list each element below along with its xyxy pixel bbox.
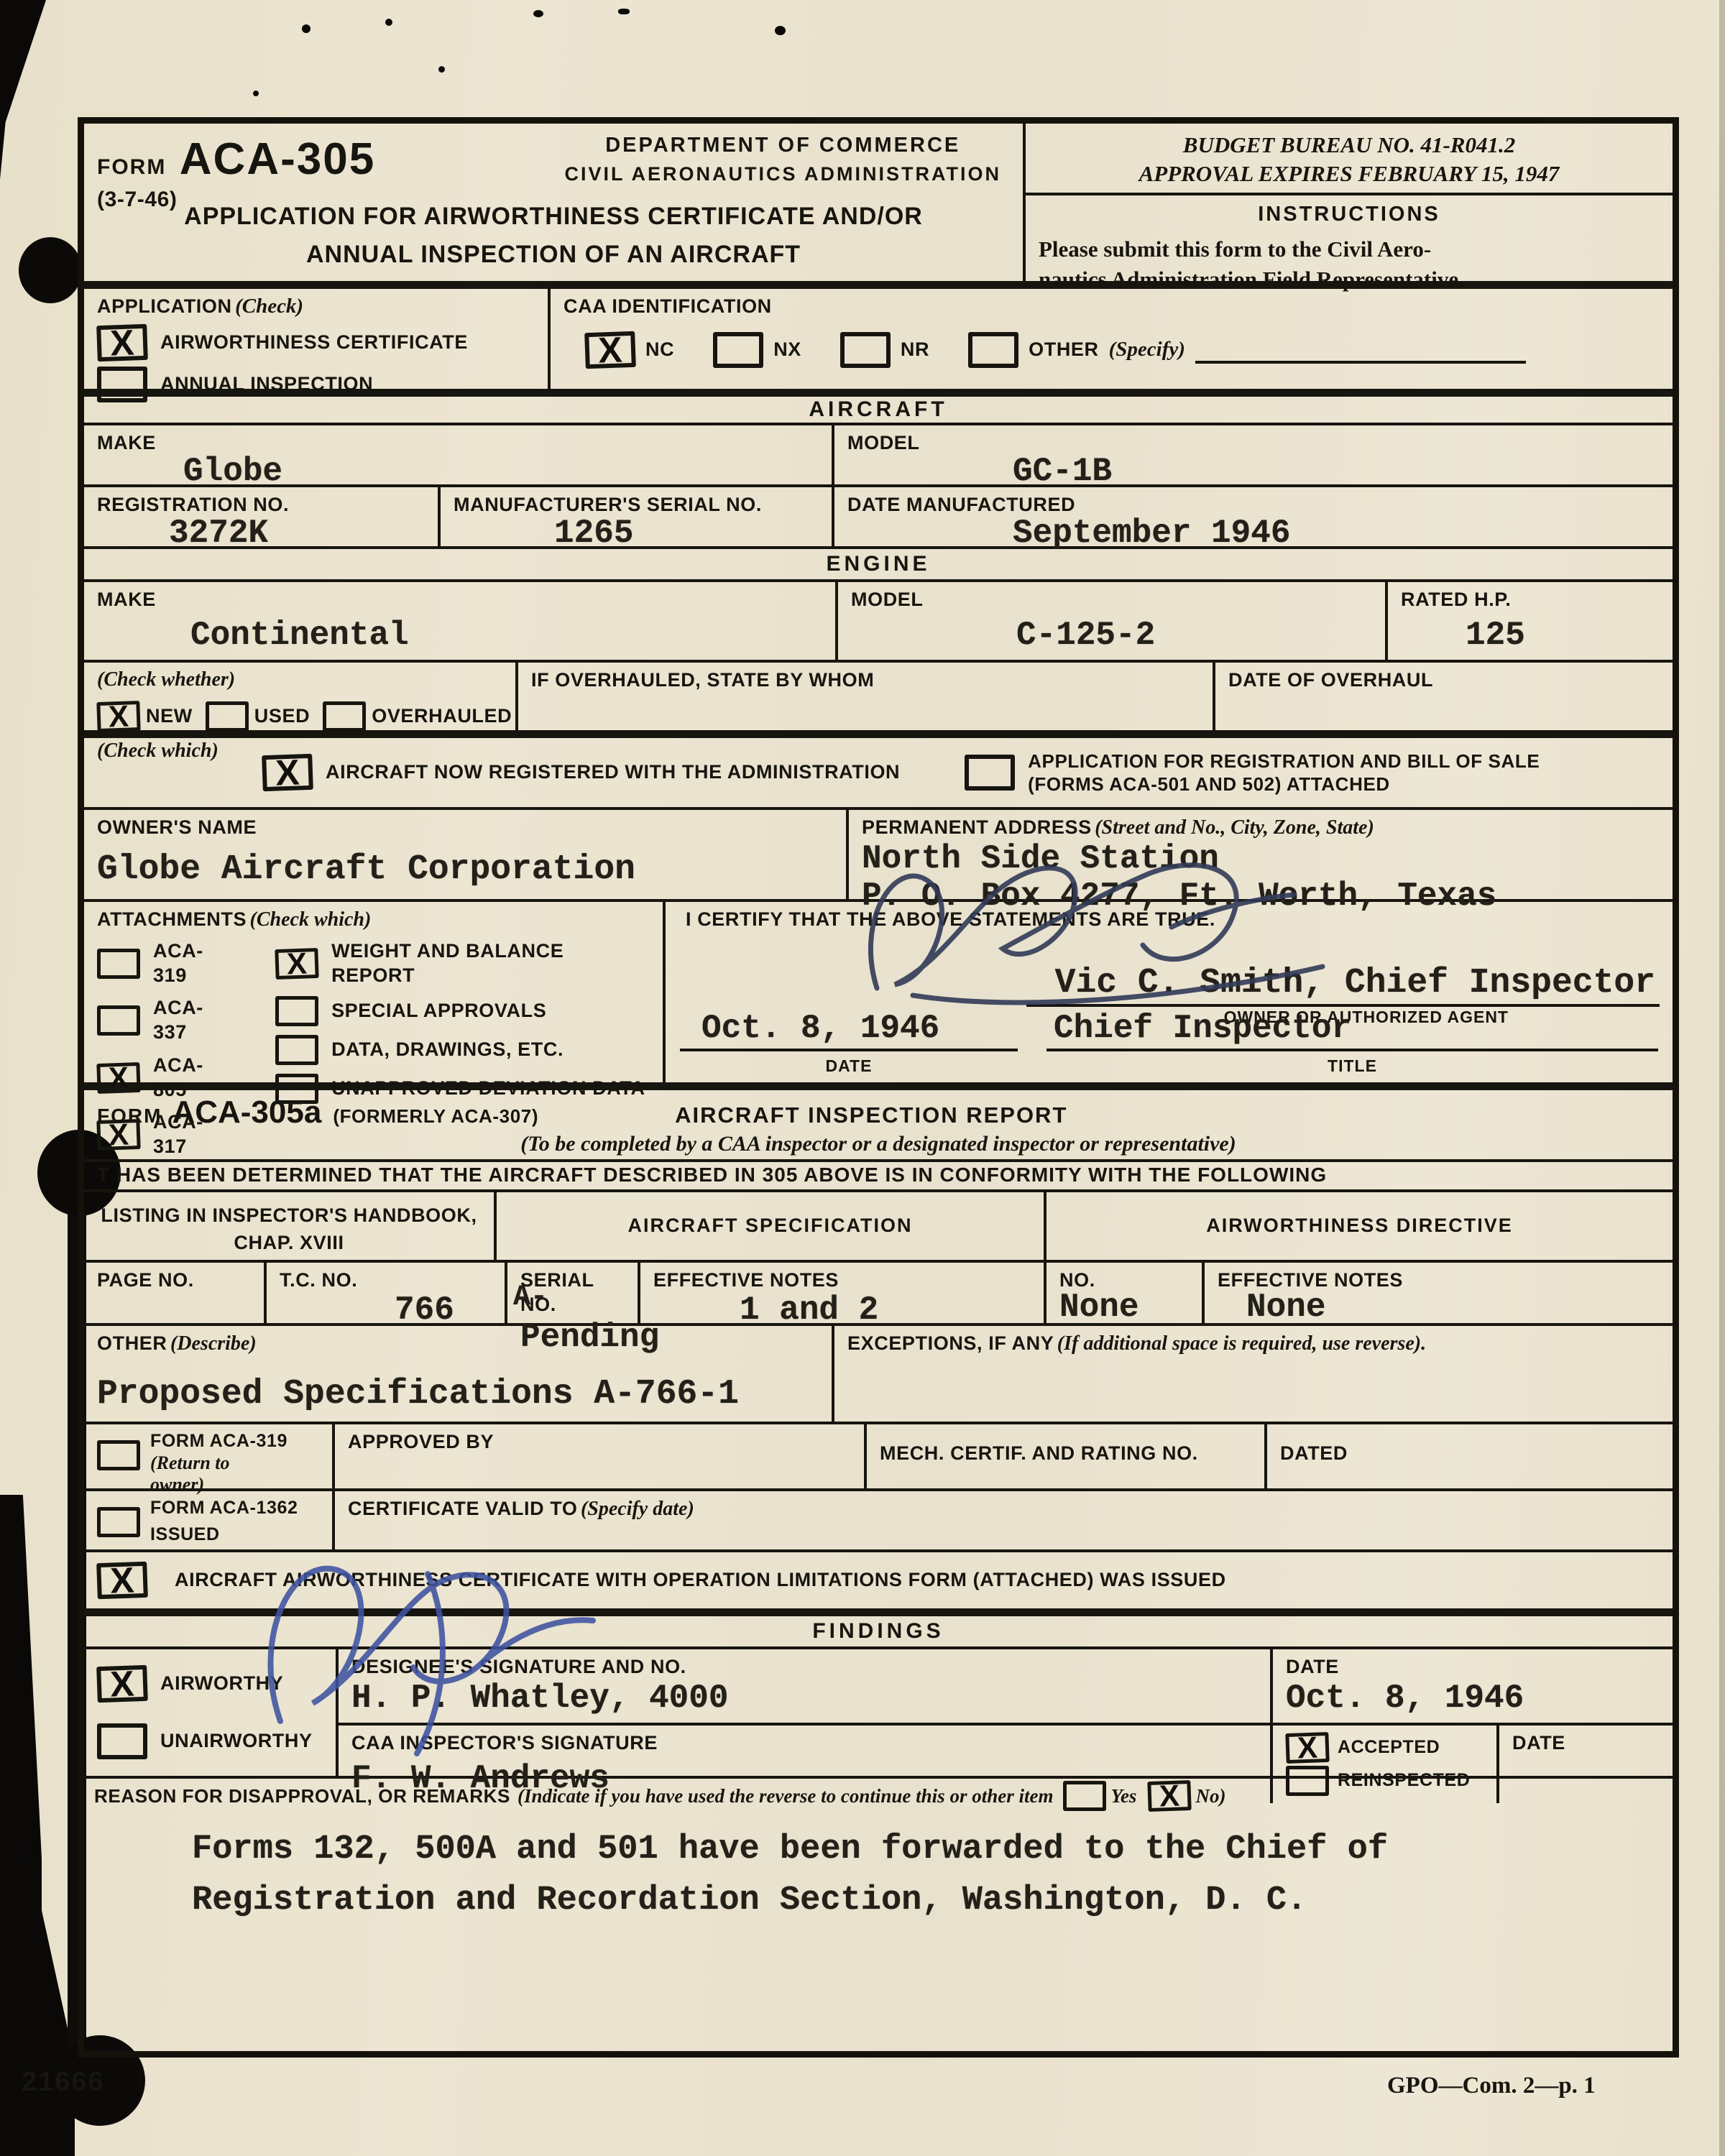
spec-serial-value: Pending — [520, 1319, 625, 1356]
spec-serial-prefix: A- — [513, 1281, 548, 1314]
engine-make-value: Continental — [190, 617, 822, 654]
header-right-cell: BUDGET BUREAU NO. 41-R041.2 APPROVAL EXP… — [1023, 124, 1673, 281]
rated-hp-value: 125 — [1466, 617, 1660, 654]
aca-319-checkbox — [97, 949, 140, 979]
overhauled-checkbox — [323, 701, 366, 732]
ad-notes-cell: EFFECTIVE NOTES None — [1202, 1263, 1673, 1323]
ink-speck — [253, 91, 259, 96]
accepted-reinspected-cell: X ACCEPTED REINSPECTED — [1270, 1726, 1496, 1803]
form-aca-1362-checkbox — [97, 1507, 140, 1537]
airworthiness-directive-header-cell: AIRWORTHINESS DIRECTIVE — [1044, 1192, 1673, 1260]
form-title: APPLICATION FOR AIRWORTHINESS CERTIFICAT… — [84, 201, 1023, 269]
serial-no-cell: MANUFACTURER'S SERIAL NO. 1265 — [438, 487, 832, 546]
findings-date-cell: DATE Oct. 8, 1946 — [1270, 1649, 1673, 1723]
check-which-cell: (Check which) X AIRCRAFT NOW REGISTERED … — [84, 738, 1673, 807]
registration-no-cell: REGISTRATION NO. 3272K — [84, 487, 438, 546]
aca-319-row: FORM ACA-319 (Return to owner) APPROVED … — [84, 1424, 1673, 1491]
registered-option: X AIRCRAFT NOW REGISTERED WITH THE ADMIN… — [262, 755, 900, 791]
gpo-imprint: GPO—Com. 2—p. 1 — [1387, 2073, 1596, 2099]
owner-name-cell: OWNER'S NAME Globe Aircraft Corporation — [84, 810, 846, 899]
spec-serial-cell: SERIAL NO. A- Pending — [505, 1263, 638, 1323]
remarks-line-2: Registration and Recordation Section, Wa… — [192, 1881, 1388, 1920]
remarks-no-checkbox: X — [1148, 1780, 1192, 1812]
paper-edge-shadow — [1719, 0, 1725, 2156]
scan-corner-artifact — [0, 0, 46, 180]
ad-notes-value: None — [1246, 1289, 1660, 1326]
bill-of-sale-checkbox — [965, 755, 1015, 791]
serial-no-value: 1265 — [554, 515, 819, 552]
other-specify-note: (Specify) — [1109, 338, 1185, 361]
overhauled-by-whom-cell: IF OVERHAULED, STATE BY WHOM — [515, 663, 1213, 730]
airworthiness-certificate-checkbox: X — [96, 324, 148, 361]
registration-no-value: 3272K — [169, 515, 425, 552]
budget-bureau-no: BUDGET BUREAU NO. 41-R041.2 — [1039, 132, 1660, 158]
bill-of-sale-option: APPLICATION FOR REGISTRATION AND BILL OF… — [965, 750, 1540, 796]
engine-model-cell: MODEL C-125-2 — [835, 582, 1385, 660]
rated-hp-cell: RATED H.P. 125 — [1385, 582, 1673, 660]
application-row: APPLICATION (Check) X AIRWORTHINESS CERT… — [84, 289, 1673, 397]
other-describe-value: Proposed Specifications A-766-1 — [97, 1375, 819, 1414]
handbook-header-cell: LISTING IN INSPECTOR'S HANDBOOK, CHAP. X… — [84, 1192, 494, 1260]
form-aca-319-checkbox — [97, 1440, 140, 1470]
engine-model-value: C-125-2 — [1016, 617, 1372, 654]
form-number: ACA-305 — [180, 134, 375, 184]
airworthiness-certificate-option: X AIRWORTHINESS CERTIFICATE — [97, 325, 535, 361]
reinspected-checkbox — [1286, 1766, 1329, 1796]
remarks-line-1: Forms 132, 500A and 501 have been forwar… — [192, 1830, 1388, 1869]
instructions-body: Please submit this form to the Civil Aer… — [1039, 234, 1660, 295]
registration-status-row: (Check which) X AIRCRAFT NOW REGISTERED … — [84, 738, 1673, 810]
form-header-row: FORM ACA-305 (3-7-46) APPLICATION FOR AI… — [84, 124, 1673, 289]
tc-no-cell: T.C. NO. 766 — [264, 1263, 505, 1323]
report-title: AIRCRAFT INSPECTION REPORT — [675, 1102, 1067, 1130]
smith-signature — [827, 841, 1373, 1028]
aircraft-make-cell: MAKE Globe — [84, 425, 832, 484]
certify-title-label: TITLE — [1046, 1056, 1658, 1077]
nc-checkbox: X — [584, 331, 636, 369]
aircraft-model-cell: MODEL GC-1B — [832, 425, 1673, 484]
determination-text: T HAS BEEN DETERMINED THAT THE AIRCRAFT … — [84, 1162, 1340, 1187]
aircraft-model-value: GC-1B — [1013, 453, 1660, 490]
instructions-title: INSTRUCTIONS — [1039, 201, 1660, 227]
form-id-cell: FORM ACA-305 (3-7-46) APPLICATION FOR AI… — [84, 124, 1023, 281]
date-manufactured-value: September 1946 — [1013, 515, 1660, 552]
ink-speck — [385, 19, 392, 26]
certify-date-label: DATE — [680, 1056, 1018, 1077]
conformity-group-header-row: LISTING IN INSPECTOR'S HANDBOOK, CHAP. X… — [84, 1192, 1673, 1263]
attachments-cell: ATTACHMENTS (Check which) ACA-319 ACA-33… — [84, 902, 663, 1082]
aircraft-spec-header-cell: AIRCRAFT SPECIFICATION — [494, 1192, 1044, 1260]
aircraft-registration-row: REGISTRATION NO. 3272K MANUFACTURER'S SE… — [84, 487, 1673, 549]
nr-checkbox — [840, 332, 891, 368]
unapproved-deviation-checkbox — [275, 1074, 318, 1104]
engine-condition-row: (Check whether) X NEW USED OVERHAULED IF… — [84, 663, 1673, 738]
ad-no-cell: NO. None — [1044, 1263, 1202, 1323]
plate-number: 21666 — [22, 2067, 105, 2098]
other-exceptions-row: OTHER (Describe) Proposed Specifications… — [84, 1326, 1673, 1424]
aca-319-return-cell: FORM ACA-319 (Return to owner) — [84, 1424, 332, 1488]
other-checkbox — [968, 332, 1018, 368]
department-heading: DEPARTMENT OF COMMERCE CIVIL AERONAUTICS… — [565, 132, 1002, 187]
form-label: FORM — [97, 155, 166, 179]
instructions-box: INSTRUCTIONS Please submit this form to … — [1026, 195, 1673, 300]
ink-speck — [302, 24, 310, 33]
hole-punch-top — [19, 237, 82, 303]
nx-checkbox — [713, 332, 763, 368]
accepted-checkbox: X — [1285, 1732, 1329, 1764]
page-no-cell: PAGE NO. — [84, 1263, 264, 1323]
aca-337-checkbox — [97, 1005, 140, 1036]
owner-name-value: Globe Aircraft Corporation — [97, 850, 833, 889]
dated-cell: DATED — [1264, 1424, 1673, 1488]
determination-row: T HAS BEEN DETERMINED THAT THE AIRCRAFT … — [84, 1159, 1673, 1192]
spec-notes-cell: EFFECTIVE NOTES 1 and 2 — [638, 1263, 1044, 1323]
approved-by-cell: APPROVED BY — [332, 1424, 864, 1488]
date-manufactured-cell: DATE MANUFACTURED September 1946 — [832, 487, 1673, 546]
registered-checkbox: X — [262, 754, 313, 791]
airworthy-checkbox: X — [96, 1665, 148, 1703]
caa-identification-cell: CAA IDENTIFICATION X NC NX NR OTHER (Spe… — [548, 289, 1673, 389]
annual-inspection-checkbox — [97, 367, 147, 402]
whatley-signature — [212, 1531, 629, 1768]
application-cell: APPLICATION (Check) X AIRWORTHINESS CERT… — [84, 289, 548, 389]
ink-speck — [438, 66, 445, 73]
accepted-option: X ACCEPTED — [1286, 1733, 1483, 1763]
other-specify-blank — [1195, 336, 1526, 364]
special-approvals-checkbox — [275, 996, 318, 1026]
engine-section-banner: ENGINE — [84, 549, 1673, 582]
certificate-issued-checkbox: X — [96, 1562, 148, 1599]
new-checkbox: X — [96, 701, 140, 732]
tc-no-value: 766 — [395, 1291, 492, 1329]
aircraft-make-value: Globe — [183, 453, 819, 490]
other-describe-cell: OTHER (Describe) Proposed Specifications… — [84, 1326, 832, 1422]
reinspected-option: REINSPECTED — [1286, 1766, 1483, 1796]
scanned-form-page: FORM ACA-305 (3-7-46) APPLICATION FOR AI… — [0, 0, 1725, 2156]
aca-805-checkbox: X — [96, 1061, 140, 1093]
approval-expires: APPROVAL EXPIRES FEBRUARY 15, 1947 — [1039, 161, 1660, 187]
data-drawings-checkbox — [275, 1035, 318, 1065]
budget-bureau-box: BUDGET BUREAU NO. 41-R041.2 APPROVAL EXP… — [1026, 124, 1673, 195]
aca-317-checkbox: X — [96, 1119, 140, 1151]
findings-date-value: Oct. 8, 1946 — [1286, 1680, 1660, 1717]
annual-inspection-option: ANNUAL INSPECTION — [97, 367, 535, 402]
spec-notes-value: 1 and 2 — [740, 1291, 1031, 1329]
unairworthy-checkbox — [97, 1723, 147, 1759]
date-of-overhaul-cell: DATE OF OVERHAUL — [1213, 663, 1673, 730]
findings-date2-cell: DATE — [1496, 1726, 1673, 1803]
check-whether-cell: (Check whether) X NEW USED OVERHAULED — [84, 663, 515, 730]
engine-make-row: MAKE Continental MODEL C-125-2 RATED H.P… — [84, 582, 1673, 663]
ink-speck — [775, 26, 786, 35]
ink-speck — [533, 10, 543, 17]
aircraft-make-row: MAKE Globe MODEL GC-1B — [84, 425, 1673, 487]
weight-balance-checkbox: X — [275, 947, 318, 979]
engine-make-cell: MAKE Continental — [84, 582, 835, 660]
mech-certif-cell: MECH. CERTIF. AND RATING NO. — [864, 1424, 1264, 1488]
remarks-body: Forms 132, 500A and 501 have been forwar… — [84, 1813, 1673, 2051]
used-checkbox — [206, 701, 249, 732]
ad-no-value: None — [1059, 1289, 1189, 1326]
caa-id-options: X NC NX NR OTHER (Specify) — [585, 332, 1660, 368]
exceptions-cell: EXCEPTIONS, IF ANY (If additional space … — [832, 1326, 1673, 1422]
conformity-values-row: PAGE NO. T.C. NO. 766 SERIAL NO. A- Pend… — [84, 1263, 1673, 1326]
ink-speck — [618, 9, 630, 14]
